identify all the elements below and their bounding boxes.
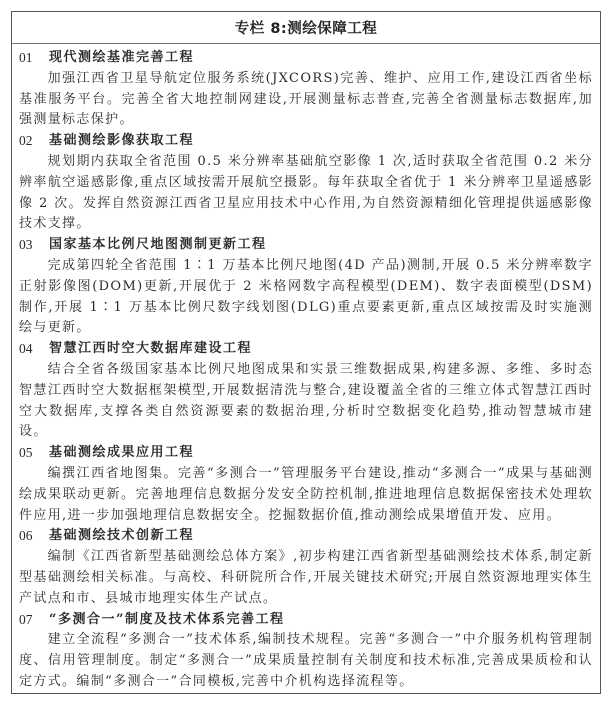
- section-body: 编撰江西省地图集。完善“多测合一”管理服务平台建设,推动“多测合一”成果与基础测…: [19, 464, 593, 526]
- section-title: 基础测绘影像获取工程: [49, 131, 194, 152]
- section-title: 现代测绘基准完善工程: [49, 48, 194, 69]
- section-title: 国家基本比例尺地图测制更新工程: [49, 235, 267, 256]
- section-body: 编制《江西省新型基础测绘总体方案》,初步构建江西省新型基础测绘技术体系,制定新型…: [19, 547, 593, 609]
- section-heading: 04 智慧江西时空大数据库建设工程: [19, 339, 593, 360]
- section-04: 04 智慧江西时空大数据库建设工程 结合全省各级国家基本比例尺地图成果和实景三维…: [19, 339, 593, 443]
- section-title: “多测合一”制度及技术体系完善工程: [49, 610, 284, 631]
- title-bar: 专栏 8:测绘保障工程: [12, 12, 600, 44]
- section-number: 06: [19, 526, 49, 547]
- section-01: 01 现代测绘基准完善工程 加强江西省卫星导航定位服务系统(JXCORS)完善、…: [19, 48, 593, 131]
- section-title: 基础测绘技术创新工程: [49, 526, 194, 547]
- section-number: 02: [19, 131, 49, 152]
- section-03: 03 国家基本比例尺地图测制更新工程 完成第四轮全省范围 1∶1 万基本比例尺地…: [19, 235, 593, 339]
- section-title: 智慧江西时空大数据库建设工程: [49, 339, 252, 360]
- section-heading: 01 现代测绘基准完善工程: [19, 48, 593, 69]
- section-body: 建立全流程“多测合一”技术体系,编制技术规程。完善“多测合一”中介服务机构管理制…: [19, 630, 593, 692]
- section-number: 05: [19, 443, 49, 464]
- section-heading: 03 国家基本比例尺地图测制更新工程: [19, 235, 593, 256]
- section-number: 01: [19, 48, 49, 69]
- section-body: 结合全省各级国家基本比例尺地图成果和实景三维数据成果,构建多源、多维、多时态智慧…: [19, 360, 593, 443]
- section-heading: 02 基础测绘影像获取工程: [19, 131, 593, 152]
- box-title: 专栏 8:测绘保障工程: [235, 17, 377, 38]
- box-content: 01 现代测绘基准完善工程 加强江西省卫星导航定位服务系统(JXCORS)完善、…: [12, 44, 600, 693]
- section-05: 05 基础测绘成果应用工程 编撰江西省地图集。完善“多测合一”管理服务平台建设,…: [19, 443, 593, 526]
- section-body: 完成第四轮全省范围 1∶1 万基本比例尺地图(4D 产品)测制,开展 0.5 米…: [19, 256, 593, 339]
- section-body: 加强江西省卫星导航定位服务系统(JXCORS)完善、维护、应用工作,建设江西省坐…: [19, 69, 593, 131]
- section-02: 02 基础测绘影像获取工程 规划期内获取全省范围 0.5 米分辨率基础航空影像 …: [19, 131, 593, 235]
- section-number: 07: [19, 610, 49, 631]
- section-06: 06 基础测绘技术创新工程 编制《江西省新型基础测绘总体方案》,初步构建江西省新…: [19, 526, 593, 609]
- section-heading: 06 基础测绘技术创新工程: [19, 526, 593, 547]
- section-body: 规划期内获取全省范围 0.5 米分辨率基础航空影像 1 次,适时获取全省范围 0…: [19, 152, 593, 235]
- section-heading: 05 基础测绘成果应用工程: [19, 443, 593, 464]
- section-number: 03: [19, 235, 49, 256]
- column-box: 专栏 8:测绘保障工程 01 现代测绘基准完善工程 加强江西省卫星导航定位服务系…: [11, 11, 601, 694]
- section-number: 04: [19, 339, 49, 360]
- section-07: 07 “多测合一”制度及技术体系完善工程 建立全流程“多测合一”技术体系,编制技…: [19, 610, 593, 693]
- section-heading: 07 “多测合一”制度及技术体系完善工程: [19, 610, 593, 631]
- section-title: 基础测绘成果应用工程: [49, 443, 194, 464]
